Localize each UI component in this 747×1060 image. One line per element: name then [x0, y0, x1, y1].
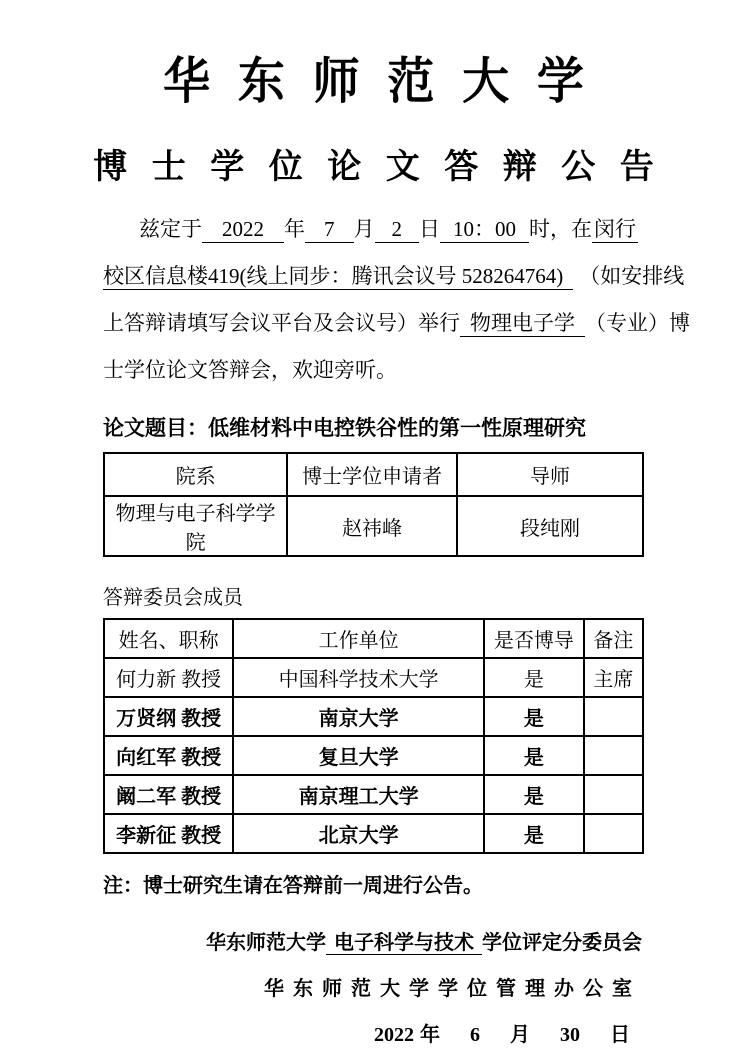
committee-row: 万贤纲 教授 南京大学 是: [104, 697, 643, 736]
intro-line-1: 兹定于2022年7月2日10：00时，在闵行: [103, 206, 644, 253]
header-department: 院系: [104, 453, 287, 496]
applicant-value: 赵祎峰: [287, 496, 457, 556]
committee-table: 姓名、职称 工作单位 是否博导 备注 何力新 教授 中国科学技术大学 是 主席 …: [103, 618, 644, 854]
date-year: 2022: [374, 1024, 414, 1046]
sig1-prefix: 华东师范大学: [206, 932, 326, 954]
committee-header-row: 姓名、职称 工作单位 是否博导 备注: [104, 619, 643, 658]
member-organization: 南京理工大学: [233, 775, 484, 814]
announcement-title: 博 士 学 位 论 文 答 辩 公 告: [0, 139, 747, 188]
intro-paragraph: 兹定于2022年7月2日10：00时，在闵行 校区信息楼419(线上同步：腾讯会…: [103, 206, 644, 394]
member-remark: [584, 697, 643, 736]
member-name: 何力新 教授: [104, 658, 233, 697]
member-organization: 南京大学: [233, 697, 484, 736]
unit-month: 月: [354, 217, 375, 241]
major-suffix: （专业）博: [585, 311, 690, 335]
committee-row: 何力新 教授 中国科学技术大学 是 主席: [104, 658, 643, 697]
info-table-value-row: 物理与电子科学学院 赵祎峰 段纯刚: [104, 496, 643, 556]
header-work-unit: 工作单位: [233, 619, 484, 658]
bracket-note-part1: （如安排线: [579, 264, 684, 288]
member-name: 阚二军 教授: [104, 775, 233, 814]
member-is-supervisor: 是: [484, 775, 584, 814]
unit-year: 年: [284, 217, 305, 241]
defense-time-blank: 10：00: [440, 216, 529, 243]
member-is-supervisor: 是: [484, 814, 584, 853]
member-organization: 北京大学: [233, 814, 484, 853]
major-blank: 物理电子学: [460, 310, 585, 337]
committee-section-label: 答辩委员会成员: [103, 581, 644, 610]
signature-office-line: 华 东 师 范 大 学 学 位 管 理 办 公 室: [103, 972, 644, 1001]
sig1-suffix: 学位评定分委员会: [482, 932, 642, 954]
member-remark: [584, 736, 643, 775]
date-line: 2022年6月30日: [103, 1018, 644, 1047]
committee-row: 李新征 教授 北京大学 是: [104, 814, 643, 853]
member-name: 万贤纲 教授: [104, 697, 233, 736]
member-organization: 复旦大学: [233, 736, 484, 775]
date-unit-day: 日: [610, 1024, 630, 1046]
defense-month-blank: 7: [305, 216, 354, 243]
announcement-document: 华 东 师 范 大 学 博 士 学 位 论 文 答 辩 公 告 兹定于2022年…: [0, 0, 747, 1060]
location-blank-part1: 闵行: [592, 216, 638, 243]
supervisor-value: 段纯刚: [457, 496, 643, 556]
note-line: 注：博士研究生请在答辩前一周进行公告。: [103, 869, 644, 898]
intro-line-2: 校区信息楼419(线上同步：腾讯会议号 528264764)（如安排线: [103, 253, 644, 300]
header-applicant: 博士学位申请者: [287, 453, 457, 496]
applicant-info-table: 院系 博士学位申请者 导师 物理与电子科学学院 赵祎峰 段纯刚: [103, 452, 644, 557]
header-remark: 备注: [584, 619, 643, 658]
bracket-note-part2: 上答辩请填写会议平台及会议号）举行: [103, 311, 460, 335]
header-supervisor: 导师: [457, 453, 643, 496]
member-remark: 主席: [584, 658, 643, 697]
sig1-subcommittee-blank: 电子科学与技术: [326, 932, 482, 955]
member-name: 向红军 教授: [104, 736, 233, 775]
thesis-title: 低维材料中电控铁谷性的第一性原理研究: [208, 416, 586, 440]
unit-day: 日: [419, 217, 440, 241]
location-blank-part2: 校区信息楼419(线上同步：腾讯会议号 528264764): [103, 263, 573, 290]
defense-day-blank: 2: [375, 216, 420, 243]
university-title: 华 东 师 范 大 学: [0, 42, 747, 112]
intro-line-4: 士学位论文答辩会，欢迎旁听。: [103, 347, 644, 394]
date-unit-year: 年: [420, 1024, 440, 1046]
member-remark: [584, 814, 643, 853]
thesis-title-line: 论文题目：低维材料中电控铁谷性的第一性原理研究: [103, 412, 644, 442]
member-is-supervisor: 是: [484, 658, 584, 697]
intro-prefix: 兹定于: [139, 217, 202, 241]
intro-closing: 士学位论文答辩会，欢迎旁听。: [103, 358, 397, 382]
member-remark: [584, 775, 643, 814]
committee-row: 阚二军 教授 南京理工大学 是: [104, 775, 643, 814]
signature-committee-line: 华东师范大学电子科学与技术学位评定分委员会: [103, 926, 644, 955]
thesis-title-label: 论文题目：: [103, 416, 208, 440]
member-organization: 中国科学技术大学: [233, 658, 484, 697]
member-name: 李新征 教授: [104, 814, 233, 853]
member-is-supervisor: 是: [484, 736, 584, 775]
intro-line-3: 上答辩请填写会议平台及会议号）举行物理电子学（专业）博: [103, 300, 644, 347]
header-name-title: 姓名、职称: [104, 619, 233, 658]
member-is-supervisor: 是: [484, 697, 584, 736]
info-table-header-row: 院系 博士学位申请者 导师: [104, 453, 643, 496]
date-unit-month: 月: [510, 1024, 530, 1046]
header-is-supervisor: 是否博导: [484, 619, 584, 658]
committee-row: 向红军 教授 复旦大学 是: [104, 736, 643, 775]
date-month: 6: [470, 1024, 480, 1046]
date-day: 30: [560, 1024, 580, 1046]
department-value: 物理与电子科学学院: [104, 496, 287, 556]
defense-year-blank: 2022: [202, 216, 284, 243]
unit-time: 时，在: [529, 217, 592, 241]
